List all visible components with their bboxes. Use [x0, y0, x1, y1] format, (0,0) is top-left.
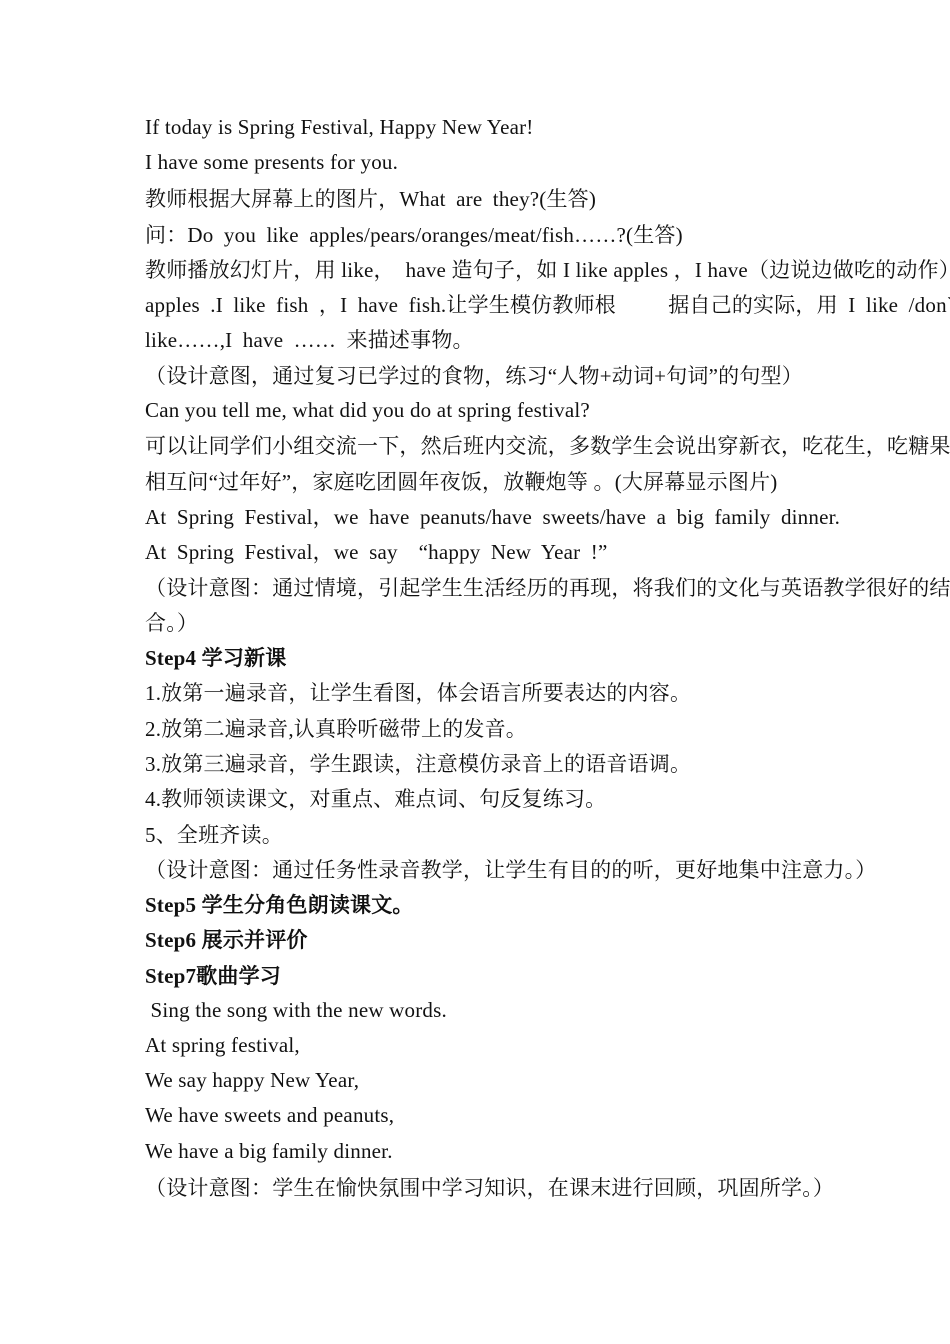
document-text-block: If today is Spring Festival, Happy New Y… [145, 110, 825, 1204]
document-line: （设计意图：学生在愉快氛围中学习知识，在课末进行回顾，巩固所学。） [145, 1169, 825, 1204]
document-line: 问：Do you like apples/pears/oranges/meat/… [145, 216, 825, 251]
document-line: apples .I like fish ，I have fish.让学生模仿教师… [145, 286, 825, 321]
document-line: 1.放第一遍录音，让学生看图，体会语言所要表达的内容。 [145, 675, 825, 710]
document-line: 4.教师领读课文，对重点、难点词、句反复练习。 [145, 781, 825, 816]
document-line: Step6 展示并评价 [145, 922, 825, 957]
document-line: 3.放第三遍录音，学生跟读，注意模仿录音上的语音语调。 [145, 745, 825, 780]
document-line: 合。） [145, 604, 825, 639]
document-line: Step4 学习新课 [145, 639, 825, 674]
document-line: We have sweets and peanuts, [145, 1098, 825, 1133]
document-line: At Spring Festival，we say “happy New Yea… [145, 534, 825, 569]
document-page: If today is Spring Festival, Happy New Y… [0, 0, 950, 1344]
document-line: At Spring Festival，we have peanuts/have … [145, 498, 825, 533]
document-line: Step5 学生分角色朗读课文。 [145, 887, 825, 922]
document-line: 教师根据大屏幕上的图片，What are they?(生答) [145, 181, 825, 216]
document-line: 5、全班齐读。 [145, 816, 825, 851]
document-line: 教师播放幻灯片，用 like， have 造句子，如 I like apples… [145, 251, 825, 286]
document-line: At spring festival, [145, 1028, 825, 1063]
document-line: 2.放第二遍录音,认真聆听磁带上的发音。 [145, 710, 825, 745]
document-line: like……,I have …… 来描述事物。 [145, 322, 825, 357]
document-line: （设计意图，通过复习已学过的食物，练习“人物+动词+句词”的句型） [145, 357, 825, 392]
document-line: （设计意图：通过情境，引起学生生活经历的再现，将我们的文化与英语教学很好的结 [145, 569, 825, 604]
document-line: Step7歌曲学习 [145, 957, 825, 992]
document-line: Sing the song with the new words. [145, 992, 825, 1027]
document-line: 可以让同学们小组交流一下，然后班内交流，多数学生会说出穿新衣，吃花生，吃糖果， [145, 428, 825, 463]
document-line: We have a big family dinner. [145, 1134, 825, 1169]
document-line: If today is Spring Festival, Happy New Y… [145, 110, 825, 145]
document-line: Can you tell me, what did you do at spri… [145, 392, 825, 427]
document-line: We say happy New Year, [145, 1063, 825, 1098]
document-line: I have some presents for you. [145, 145, 825, 180]
document-line: 相互问“过年好”，家庭吃团圆年夜饭，放鞭炮等 。(大屏幕显示图片) [145, 463, 825, 498]
document-line: （设计意图：通过任务性录音教学，让学生有目的的听，更好地集中注意力。） [145, 851, 825, 886]
